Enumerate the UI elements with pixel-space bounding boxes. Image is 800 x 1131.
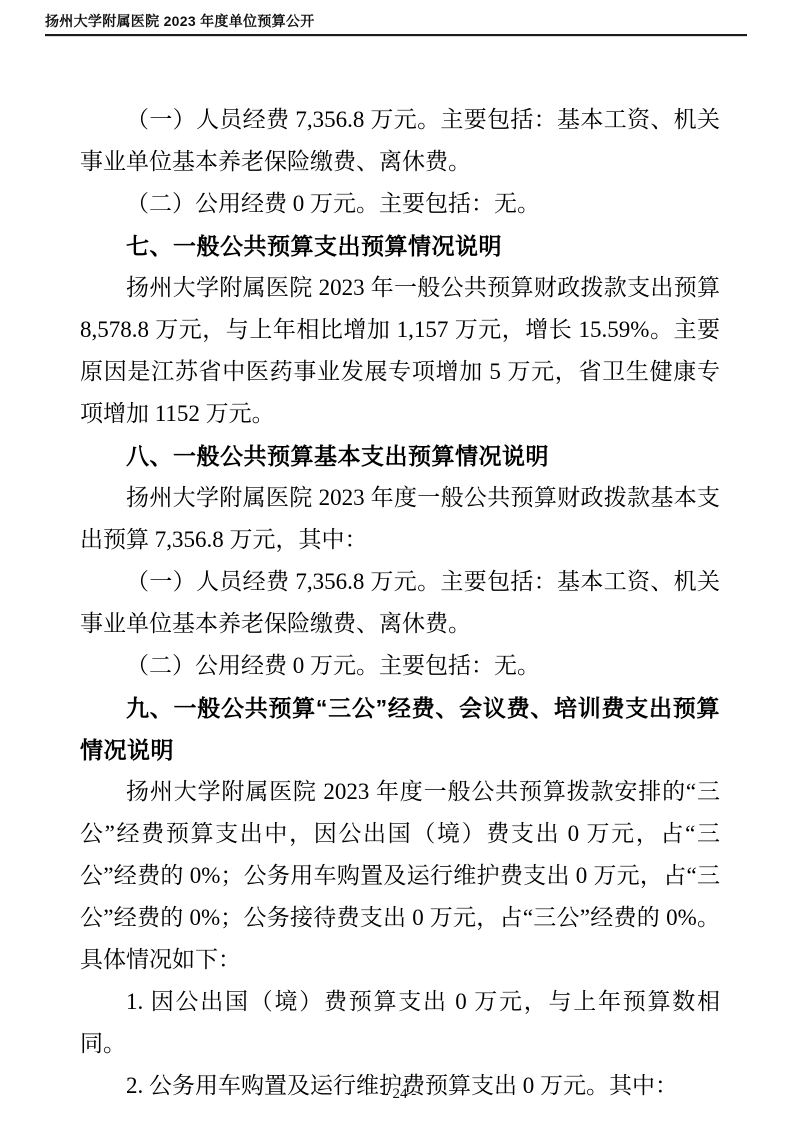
para-personnel-expense-a: （一）人员经费 7,356.8 万元。主要包括：基本工资、机关事业单位基本养老保…: [80, 99, 720, 183]
heading-section-7-general-budget-expenditure: 七、一般公共预算支出预算情况说明: [80, 225, 720, 267]
heading-section-8-basic-expenditure: 八、一般公共预算基本支出预算情况说明: [80, 435, 720, 477]
para-public-expense-a: （二）公用经费 0 万元。主要包括：无。: [80, 183, 720, 225]
para-section-7-body: 扬州大学附属医院 2023 年一般公共预算财政拨款支出预算 8,578.8 万元…: [80, 267, 720, 435]
para-personnel-expense-b: （一）人员经费 7,356.8 万元。主要包括：基本工资、机关事业单位基本养老保…: [80, 561, 720, 645]
header-rule: [45, 34, 747, 37]
page-footer: - 24 -: [0, 1086, 800, 1103]
para-section-9-body: 扬州大学附属医院 2023 年度一般公共预算拨款安排的“三公”经费预算支出中，因…: [80, 771, 720, 981]
para-section-8-body: 扬州大学附属医院 2023 年度一般公共预算财政拨款基本支出预算 7,356.8…: [80, 477, 720, 561]
document-body: （一）人员经费 7,356.8 万元。主要包括：基本工资、机关事业单位基本养老保…: [80, 99, 720, 1107]
header-title: 扬州大学附属医院 2023 年度单位预算公开: [45, 11, 315, 31]
page-number: - 24 -: [384, 1086, 417, 1102]
para-item-1-overseas-trips: 1. 因公出国（境）费预算支出 0 万元，与上年预算数相同。: [80, 981, 720, 1065]
document-page: 扬州大学附属医院 2023 年度单位预算公开 （一）人员经费 7,356.8 万…: [0, 0, 800, 1131]
heading-section-9-three-public-expenses: 九、一般公共预算“三公”经费、会议费、培训费支出预算情况说明: [80, 687, 720, 771]
para-public-expense-b: （二）公用经费 0 万元。主要包括：无。: [80, 645, 720, 687]
